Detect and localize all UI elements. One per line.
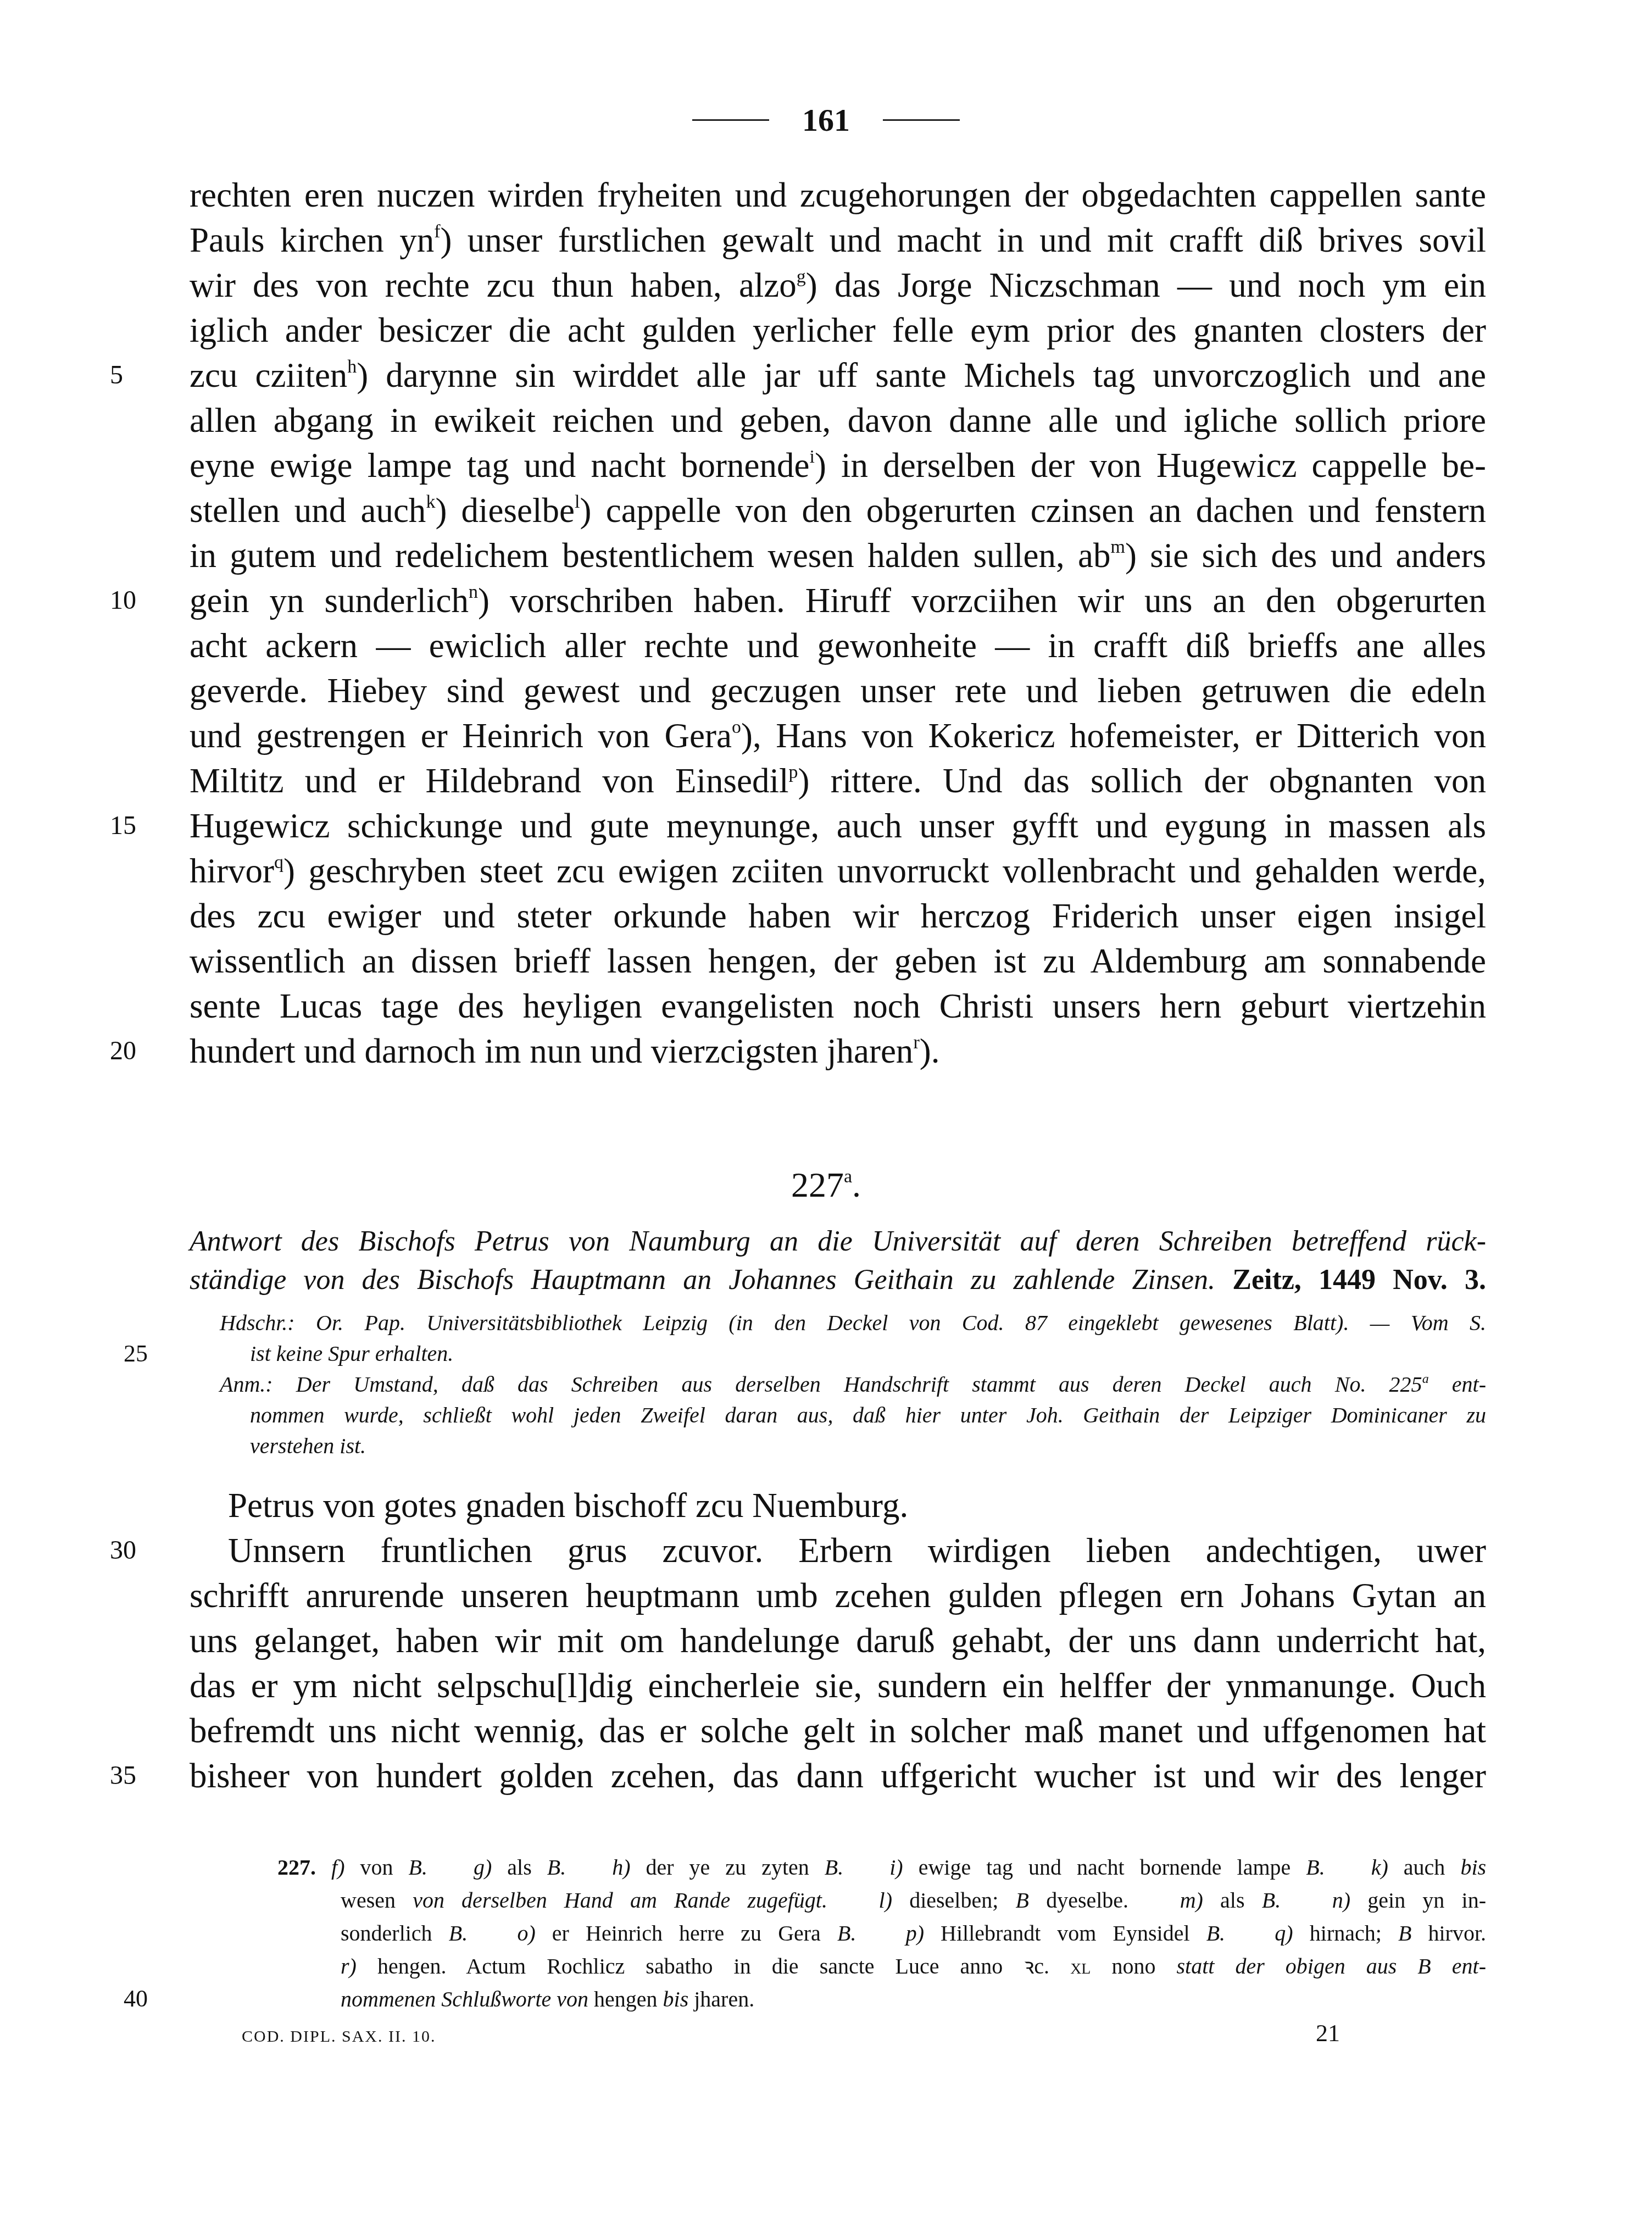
footnote-line: 227. f) von B. g) als B. h) der ye zu zy…: [277, 1852, 1486, 1883]
text-line: eyne ewige lampe tag und nacht bornendei…: [190, 443, 1486, 487]
text-line: iglich ander besiczer die acht gulden ye…: [190, 308, 1486, 352]
text-line: Hugewicz schickunge und gute meynunge, a…: [190, 804, 1486, 848]
document-number-suffix: a: [844, 1166, 852, 1187]
text-line: wissentlich an dissen brieff lassen heng…: [190, 939, 1486, 983]
regest-text: ständige von des Bischofs Hauptmann an J…: [190, 1264, 1215, 1296]
text-line: und gestrengen er Heinrich von Gerao), H…: [190, 714, 1486, 758]
footnote-line: wesen von derselben Hand am Rande zugefü…: [341, 1885, 1486, 1916]
regest-line-1: Antwort des Bischofs Petrus von Naumburg…: [190, 1225, 1486, 1258]
text-line: uns gelanget, haben wir mit om handelung…: [190, 1619, 1486, 1663]
text-line: Unnsern fruntlichen grus zcuvor. Erbern …: [190, 1529, 1486, 1572]
text-line: in gutem und redelichem bestentlichem we…: [190, 534, 1486, 577]
text-line: hundert und darnoch im nun und vierzcigs…: [190, 1029, 1486, 1073]
text-line: acht ackern — ewiclich aller rechte und …: [190, 624, 1486, 668]
hdschr-line-2: ist keine Spur erhalten.: [250, 1338, 1486, 1369]
volume-signature: COD. DIPL. SAX. II. 10.: [242, 2027, 436, 2046]
text-line: gein yn sunderlichn) vorschriben haben. …: [190, 579, 1486, 623]
text-line: das er ym nicht selpschu[l]dig eincherle…: [190, 1664, 1486, 1708]
text-line: sente Lucas tage des heyligen evangelist…: [190, 984, 1486, 1028]
text-line: des zcu ewiger und steter orkunde haben …: [190, 894, 1486, 938]
text-line: Miltitz und er Hildebrand von Einsedilp)…: [190, 759, 1486, 803]
line-number: 15: [110, 804, 154, 848]
text-line: befremdt uns nicht wennig, das er solche…: [190, 1709, 1486, 1753]
line-number: 20: [110, 1029, 154, 1073]
page-header: 161: [0, 102, 1652, 138]
line-number: 25: [124, 1340, 148, 1368]
line-number: 30: [110, 1529, 154, 1572]
text-line: hirvorq) geschryben steet zcu ewigen zci…: [190, 849, 1486, 893]
place-date: Zeitz, 1449 Nov. 3.: [1232, 1264, 1486, 1296]
header-rule-left: [692, 119, 769, 121]
text-line: rechten eren nuczen wirden fryheiten und…: [190, 173, 1486, 217]
footnote-line: nommenen Schlußworte von hengen bis jhar…: [341, 1983, 1486, 2015]
text-line: stellen und auchk) dieselbel) cappelle v…: [190, 488, 1486, 532]
line-number: 10: [110, 579, 154, 623]
line-number: 35: [110, 1754, 154, 1798]
text-line: allen abgang in ewikeit reichen und gebe…: [190, 398, 1486, 442]
text-line: Petrus von gotes gnaden bischoff zcu Nue…: [190, 1483, 1486, 1527]
anm-line-1: Anm.: Der Umstand, daß das Schreiben aus…: [220, 1369, 1486, 1400]
hdschr-line-1: Hdschr.: Or. Pap. Universitätsbibliothek…: [220, 1308, 1486, 1338]
text-line: geverde. Hiebey sind gewest und geczugen…: [190, 669, 1486, 713]
page-number: 161: [802, 102, 850, 138]
document-number: 227a.: [0, 1165, 1652, 1205]
regest-line-2: ständige von des Bischofs Hauptmann an J…: [190, 1264, 1486, 1296]
footnote-line: sonderlich B. o) er Heinrich herre zu Ge…: [341, 1918, 1486, 1949]
text-line: schrifft anrurende unseren heuptmann umb…: [190, 1574, 1486, 1618]
line-number: 40: [124, 1985, 148, 2013]
line-number: 5: [110, 353, 154, 397]
header-rule-right: [883, 119, 960, 121]
text-line: bisheer von hundert golden zcehen, das d…: [190, 1754, 1486, 1798]
sheet-number: 21: [1316, 2019, 1340, 2047]
anm-line-2: nommen wurde, schließt wohl jeden Zweife…: [250, 1400, 1486, 1431]
text-line: Pauls kirchen ynf) unser furstlichen gew…: [190, 218, 1486, 262]
anm-line-3: verstehen ist.: [250, 1431, 1486, 1461]
text-line: zcu cziitenh) darynne sin wirddet alle j…: [190, 353, 1486, 397]
text-line: wir des von rechte zcu thun haben, alzog…: [190, 263, 1486, 307]
footnote-line: r) hengen. Actum Rochlicz sabatho in die…: [341, 1950, 1486, 1982]
document-number-main: 227: [791, 1165, 844, 1204]
